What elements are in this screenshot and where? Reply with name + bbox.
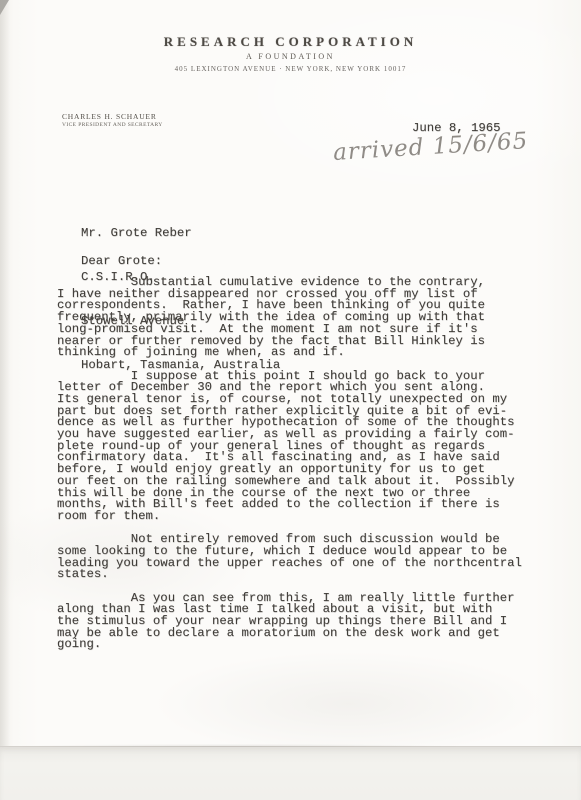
letterhead-address: 405 LEXINGTON AVENUE · NEW YORK, NEW YOR… (0, 65, 581, 73)
letter-body: Substantial cumulative evidence to the c… (57, 277, 537, 663)
scanned-letter-page: RESEARCH CORPORATION A FOUNDATION 405 LE… (0, 0, 581, 800)
sender-title: VICE PRESIDENT AND SECRETARY (62, 122, 163, 128)
paper-bottom-edge (0, 746, 581, 800)
recipient-line-name: Mr. Grote Reber (81, 226, 280, 241)
sender-block: CHARLES H. SCHAUER VICE PRESIDENT AND SE… (62, 112, 163, 128)
letterhead: RESEARCH CORPORATION A FOUNDATION 405 LE… (0, 34, 581, 73)
scan-left-edge-shading (0, 0, 10, 746)
letterhead-company-name: RESEARCH CORPORATION (0, 34, 581, 50)
handwritten-received-note: arrived 15/6/65 (332, 128, 529, 166)
sender-name: CHARLES H. SCHAUER (62, 112, 163, 121)
letterhead-subtitle: A FOUNDATION (0, 52, 581, 61)
paragraph-3: Not entirely removed from such discussio… (57, 534, 537, 581)
paragraph-4: As you can see from this, I am really li… (57, 593, 537, 652)
paragraph-1: Substantial cumulative evidence to the c… (57, 277, 537, 359)
paragraph-2: I suppose at this point I should go back… (57, 371, 537, 523)
salutation: Dear Grote: (81, 254, 162, 268)
